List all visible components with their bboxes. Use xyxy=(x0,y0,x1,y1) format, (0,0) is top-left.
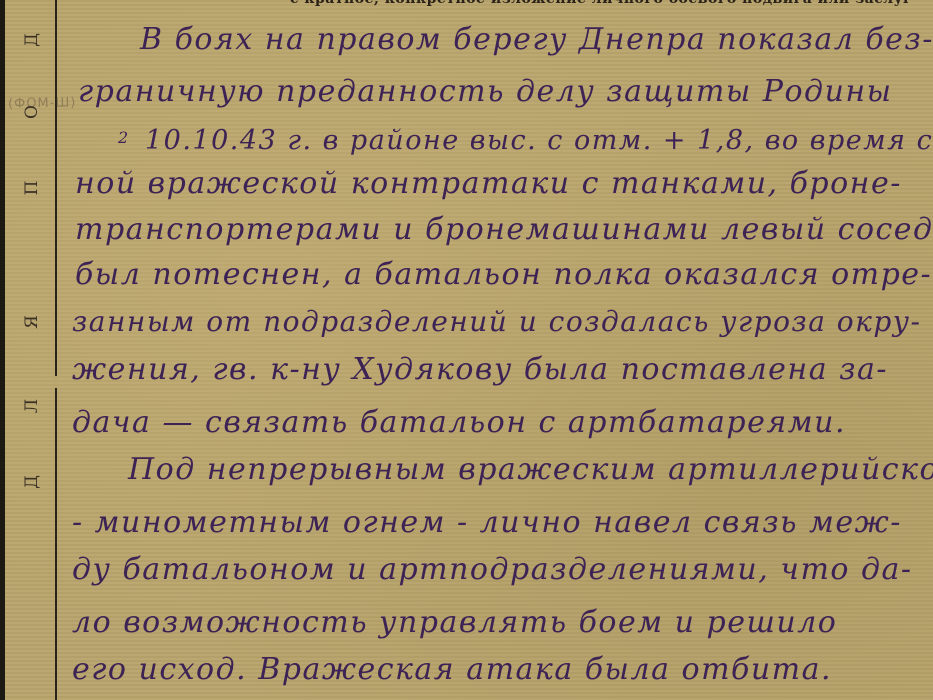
handwritten-line: был потеснен, а батальон полка оказался … xyxy=(75,257,932,292)
margin-letter: Д xyxy=(22,472,42,492)
handwritten-line: жения, гв. к-ну Худякову была поставлена… xyxy=(72,352,888,387)
handwritten-line: Под непрерывным вражеским артиллерийско xyxy=(128,452,933,487)
handwritten-line: дача — связать батальон с артбатареями. xyxy=(72,405,846,440)
handwritten-line: В боях на правом берегу Днепра показал б… xyxy=(140,22,933,57)
margin-letter: Л xyxy=(22,396,42,416)
printed-form-header: с кратное, конкретное изложение личного … xyxy=(290,0,912,7)
handwritten-line: его исход. Вражеская атака была отбита. xyxy=(72,652,832,687)
handwritten-line: ду батальоном и артподразделениями, что … xyxy=(72,552,913,587)
handwritten-line: граничную преданность делу защиты Родины xyxy=(78,74,893,109)
margin-letter: П xyxy=(22,178,42,198)
handwritten-line: транспортерами и бронемашинами левый сос… xyxy=(75,212,933,247)
handwritten-line: ло возможность управлять боем и решило xyxy=(72,605,837,640)
margin-letter: Д xyxy=(22,30,42,50)
margin-rule-gap xyxy=(55,376,57,388)
handwritten-line: занным от подразделений и создалась угро… xyxy=(72,305,922,338)
handwritten-line: 10.10.43 г. в районе выс. с отм. + 1,8, … xyxy=(145,125,933,156)
superscript-mark: 2 xyxy=(118,128,128,147)
faint-stamp: (ФОМ-Ш) xyxy=(8,95,77,111)
handwritten-line: - минометным огнем - лично навел связь м… xyxy=(72,505,902,540)
handwritten-line: ной вражеской контратаки с танками, брон… xyxy=(75,166,902,201)
page-edge xyxy=(0,0,5,700)
margin-letter: Я xyxy=(22,312,42,332)
